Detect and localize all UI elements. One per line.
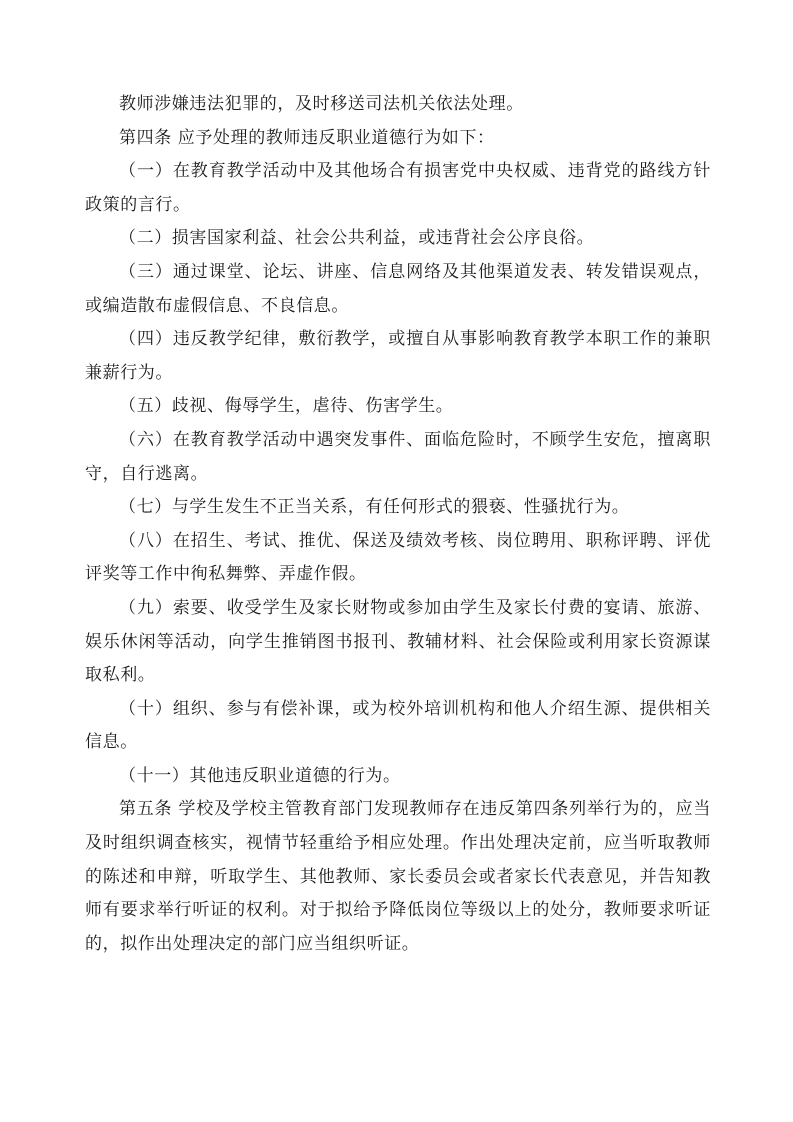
paragraph-item-11: （十一）其他违反职业道德的行为。 (85, 760, 711, 794)
paragraph-item-10: （十）组织、参与有偿补课，或为校外培训机构和他人介绍生源、提供相关信息。 (85, 693, 711, 760)
paragraph-item-3: （三）通过课堂、论坛、讲座、信息网络及其他渠道发表、转发错误观点，或编造散布虚假… (85, 256, 711, 323)
paragraph-article-4-heading: 第四条 应予处理的教师违反职业道德行为如下： (85, 122, 711, 156)
paragraph-legal-referral: 教师涉嫌违法犯罪的，及时移送司法机关依法处理。 (85, 88, 711, 122)
paragraph-item-8: （八）在招生、考试、推优、保送及绩效考核、岗位聘用、职称评聘、评优评奖等工作中徇… (85, 525, 711, 592)
paragraph-item-9: （九）索要、收受学生及家长财物或参加由学生及家长付费的宴请、旅游、娱乐休闲等活动… (85, 592, 711, 693)
paragraph-item-6: （六）在教育教学活动中遇突发事件、面临危险时，不顾学生安危，擅离职守，自行逃离。 (85, 424, 711, 491)
paragraph-article-5: 第五条 学校及学校主管教育部门发现教师存在违反第四条列举行为的，应当及时组织调查… (85, 793, 711, 961)
document-page: 教师涉嫌违法犯罪的，及时移送司法机关依法处理。 第四条 应予处理的教师违反职业道… (85, 88, 711, 961)
paragraph-item-5: （五）歧视、侮辱学生，虐待、伤害学生。 (85, 390, 711, 424)
paragraph-item-4: （四）违反教学纪律，敷衍教学，或擅自从事影响教育教学本职工作的兼职兼薪行为。 (85, 323, 711, 390)
paragraph-item-2: （二）损害国家利益、社会公共利益，或违背社会公序良俗。 (85, 222, 711, 256)
paragraph-item-7: （七）与学生发生不正当关系，有任何形式的猥亵、性骚扰行为。 (85, 491, 711, 525)
paragraph-item-1: （一）在教育教学活动中及其他场合有损害党中央权威、违背党的路线方针政策的言行。 (85, 155, 711, 222)
